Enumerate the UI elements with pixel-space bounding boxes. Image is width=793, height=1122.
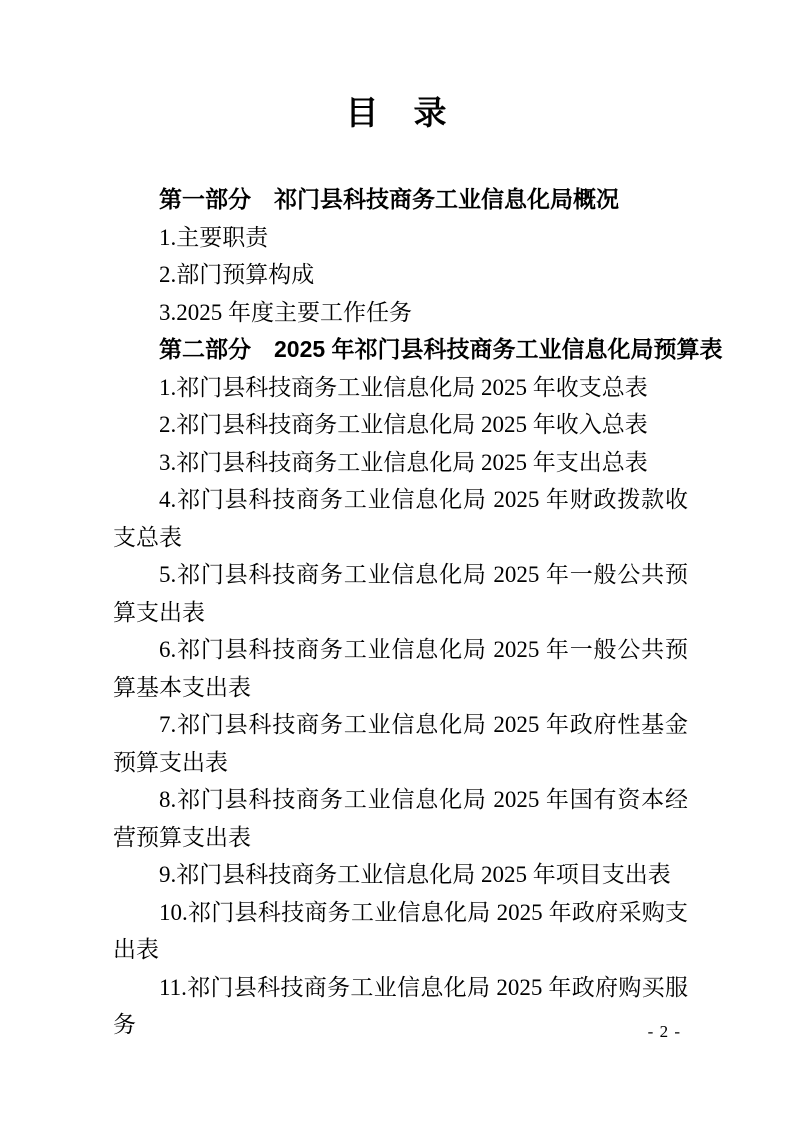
toc-item: 9.祁门县科技商务工业信息化局 2025 年项目支出表 [113,856,688,894]
toc-item: 7.祁门县科技商务工业信息化局 2025 年政府性基金预算支出表 [113,706,688,781]
toc-item: 11.祁门县科技商务工业信息化局 2025 年政府购买服务 [113,969,688,1044]
toc-item: 3.2025 年度主要工作任务 [113,294,688,332]
toc-item: 3.祁门县科技商务工业信息化局 2025 年支出总表 [113,444,688,482]
toc-section-part1-heading: 第一部分 祁门县科技商务工业信息化局概况 [113,181,688,219]
document-page: 目 录 第一部分 祁门县科技商务工业信息化局概况 1.主要职责 2.部门预算构成… [0,0,793,1122]
toc-item: 2.祁门县科技商务工业信息化局 2025 年收入总表 [113,406,688,444]
page-title: 目 录 [0,0,793,136]
toc-section-part1: 第一部分 祁门县科技商务工业信息化局概况 1.主要职责 2.部门预算构成 3.2… [113,181,688,331]
table-of-contents: 第一部分 祁门县科技商务工业信息化局概况 1.主要职责 2.部门预算构成 3.2… [113,181,688,1044]
toc-item: 1.祁门县科技商务工业信息化局 2025 年收支总表 [113,369,688,407]
toc-item: 8.祁门县科技商务工业信息化局 2025 年国有资本经营预算支出表 [113,781,688,856]
toc-item: 10.祁门县科技商务工业信息化局 2025 年政府采购支出表 [113,894,688,969]
toc-item: 6.祁门县科技商务工业信息化局 2025 年一般公共预算基本支出表 [113,631,688,706]
toc-section-part2: 第二部分 2025 年祁门县科技商务工业信息化局预算表 1.祁门县科技商务工业信… [113,331,688,1044]
toc-item: 1.主要职责 [113,219,688,257]
page-number: - 2 - [648,1022,681,1042]
toc-item: 2.部门预算构成 [113,256,688,294]
toc-section-part2-heading: 第二部分 2025 年祁门县科技商务工业信息化局预算表 [113,331,688,369]
toc-item: 5.祁门县科技商务工业信息化局 2025 年一般公共预算支出表 [113,556,688,631]
toc-item: 4.祁门县科技商务工业信息化局 2025 年财政拨款收支总表 [113,481,688,556]
